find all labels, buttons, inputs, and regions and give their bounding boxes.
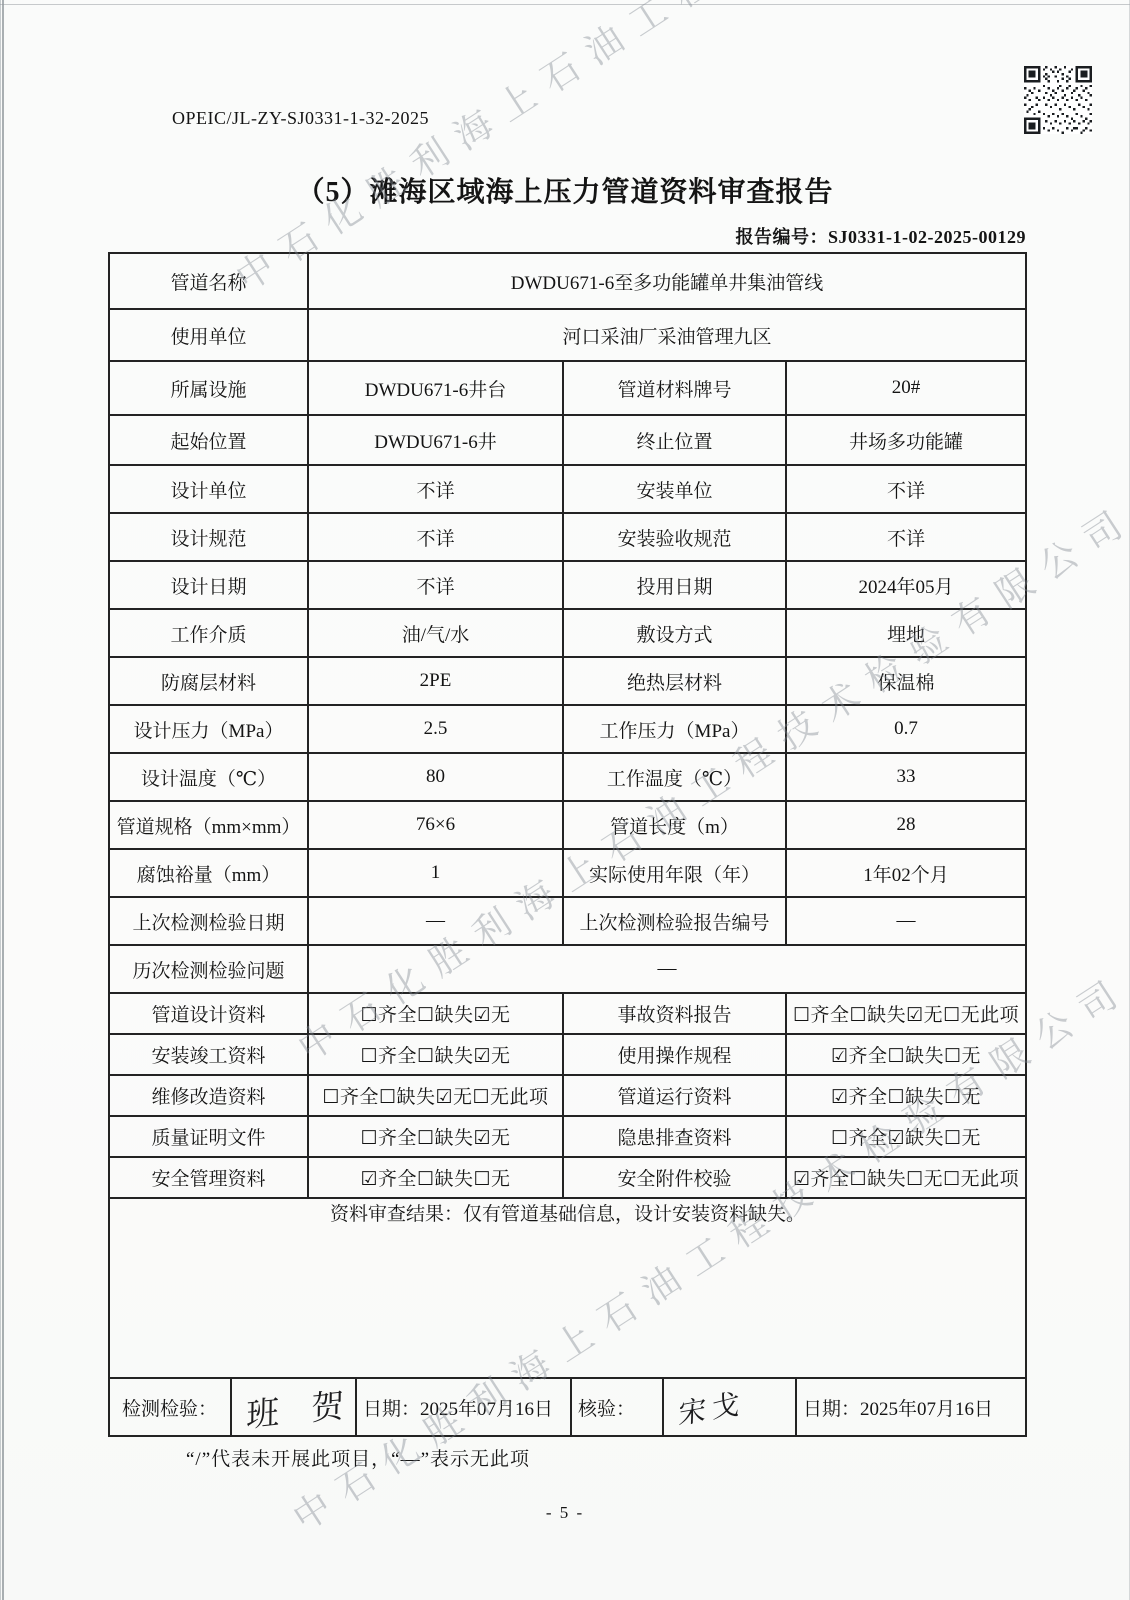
table-row: 起始位置 DWDU671-6井 终止位置 井场多功能罐: [109, 415, 1026, 465]
checkbox-options: ☐齐全☐缺失☑无: [308, 993, 563, 1034]
review-result-row: 资料审查结果：仅有管道基础信息，设计安装资料缺失。: [109, 1198, 1026, 1378]
field-value: —: [308, 945, 1026, 993]
checkbox-options: ☑齐全☐缺失☐无: [786, 1034, 1026, 1075]
table-row: 质量证明文件 ☐齐全☐缺失☑无 隐患排查资料 ☐齐全☑缺失☐无: [109, 1116, 1026, 1157]
field-value: 油/气/水: [308, 609, 563, 657]
checkbox-options: ☐齐全☐缺失☑无☐无此项: [308, 1075, 563, 1116]
table-row: 设计规范 不详 安装验收规范 不详: [109, 513, 1026, 561]
field-value: 0.7: [786, 705, 1026, 753]
field-label: 质量证明文件: [109, 1116, 308, 1157]
table-row: 安全管理资料 ☑齐全☐缺失☐无 安全附件校验 ☑齐全☐缺失☐无☐无此项: [109, 1157, 1026, 1198]
field-label: 工作温度（℃）: [563, 753, 786, 801]
field-label: 管道材料牌号: [563, 361, 786, 415]
field-label: 工作压力（MPa）: [563, 705, 786, 753]
table-row: 设计日期 不详 投用日期 2024年05月: [109, 561, 1026, 609]
field-value: —: [786, 897, 1026, 945]
checkbox-options: ☑齐全☐缺失☐无: [308, 1157, 563, 1198]
field-value: DWDU671-6井台: [308, 361, 563, 415]
field-value: 2.5: [308, 705, 563, 753]
qr-code-icon: [1024, 66, 1092, 134]
review-result-text: 资料审查结果：仅有管道基础信息，设计安装资料缺失。: [109, 1198, 1026, 1378]
field-label: 防腐层材料: [109, 657, 308, 705]
field-label: 使用单位: [109, 309, 308, 361]
scanned-page: 中石化胜利海上石油工程技术检验有限公司，班贺 中石化胜利海上石油工程技术检验有限…: [0, 0, 1130, 1600]
field-label: 设计单位: [109, 465, 308, 513]
inspector-signature: 班 贺: [246, 1379, 356, 1435]
field-value: 不详: [308, 465, 563, 513]
field-value: 1: [308, 849, 563, 897]
field-label: 维修改造资料: [109, 1075, 308, 1116]
field-value: 不详: [308, 561, 563, 609]
field-label: 使用操作规程: [563, 1034, 786, 1075]
table-row: 维修改造资料 ☐齐全☐缺失☑无☐无此项 管道运行资料 ☑齐全☐缺失☐无: [109, 1075, 1026, 1116]
field-value: DWDU671-6井: [308, 415, 563, 465]
field-label: 腐蚀裕量（mm）: [109, 849, 308, 897]
field-value: 20#: [786, 361, 1026, 415]
field-value: 不详: [786, 513, 1026, 561]
scan-edge-top: [0, 4, 1130, 5]
field-label: 历次检测检验问题: [109, 945, 308, 993]
field-value: 28: [786, 801, 1026, 849]
field-value: 不详: [786, 465, 1026, 513]
table-row: 所属设施 DWDU671-6井台 管道材料牌号 20#: [109, 361, 1026, 415]
scan-edge-left-outer: [0, 0, 1, 1600]
table-row: 上次检测检验日期 — 上次检测检验报告编号 —: [109, 897, 1026, 945]
field-value: 33: [786, 753, 1026, 801]
table-row: 安装竣工资料 ☐齐全☐缺失☑无 使用操作规程 ☑齐全☐缺失☐无: [109, 1034, 1026, 1075]
field-label: 上次检测检验报告编号: [563, 897, 786, 945]
field-label: 起始位置: [109, 415, 308, 465]
report-table-zone: 管道名称 DWDU671-6至多功能罐单井集油管线 使用单位 河口采油厂采油管理…: [108, 252, 1025, 1471]
signature-row: 检测检验： 班 贺 日期：2025年07月16日 核验： 宋戈 日期：2025年…: [109, 1378, 1026, 1436]
field-label: 设计温度（℃）: [109, 753, 308, 801]
field-value: 76×6: [308, 801, 563, 849]
field-value: 井场多功能罐: [786, 415, 1026, 465]
field-label: 设计日期: [109, 561, 308, 609]
inspector-date: 日期：2025年07月16日: [356, 1379, 571, 1435]
verifier-date: 日期：2025年07月16日: [796, 1379, 1019, 1435]
table-row: 防腐层材料 2PE 绝热层材料 保温棉: [109, 657, 1026, 705]
scan-edge-left: [2, 0, 4, 1600]
field-label: 设计规范: [109, 513, 308, 561]
verifier-signature: 宋戈: [678, 1381, 746, 1434]
page-number: - 5 -: [0, 1503, 1130, 1523]
pipeline-report-table: 管道名称 DWDU671-6至多功能罐单井集油管线 使用单位 河口采油厂采油管理…: [108, 252, 1027, 1437]
field-label: 敷设方式: [563, 609, 786, 657]
signature-table: 检测检验： 班 贺 日期：2025年07月16日 核验： 宋戈 日期：2025年…: [116, 1379, 1019, 1435]
table-row: 管道设计资料 ☐齐全☐缺失☑无 事故资料报告 ☐齐全☐缺失☑无☐无此项: [109, 993, 1026, 1034]
field-value: 不详: [308, 513, 563, 561]
field-value: 保温棉: [786, 657, 1026, 705]
field-value: DWDU671-6至多功能罐单井集油管线: [308, 253, 1026, 309]
inspector-label: 检测检验：: [116, 1379, 231, 1435]
legend-footnote: “/”代表未开展此项目，“—”表示无此项: [186, 1444, 1025, 1471]
table-row: 使用单位 河口采油厂采油管理九区: [109, 309, 1026, 361]
checkbox-options: ☐齐全☐缺失☑无: [308, 1116, 563, 1157]
verifier-label: 核验：: [571, 1379, 663, 1435]
checkbox-options: ☐齐全☑缺失☐无: [786, 1116, 1026, 1157]
field-label: 绝热层材料: [563, 657, 786, 705]
field-label: 管道名称: [109, 253, 308, 309]
field-label: 隐患排查资料: [563, 1116, 786, 1157]
field-label: 管道规格（mm×mm）: [109, 801, 308, 849]
field-label: 终止位置: [563, 415, 786, 465]
field-label: 安装竣工资料: [109, 1034, 308, 1075]
field-value: 埋地: [786, 609, 1026, 657]
table-row: 历次检测检验问题 —: [109, 945, 1026, 993]
table-row: 工作介质 油/气/水 敷设方式 埋地: [109, 609, 1026, 657]
document-code: OPEIC/JL-ZY-SJ0331-1-32-2025: [172, 108, 429, 129]
checkbox-options: ☐齐全☐缺失☑无: [308, 1034, 563, 1075]
field-value: 2PE: [308, 657, 563, 705]
table-row: 设计温度（℃） 80 工作温度（℃） 33: [109, 753, 1026, 801]
field-value: —: [308, 897, 563, 945]
field-label: 上次检测检验日期: [109, 897, 308, 945]
field-label: 管道长度（m）: [563, 801, 786, 849]
field-label: 管道设计资料: [109, 993, 308, 1034]
field-label: 所属设施: [109, 361, 308, 415]
report-number: 报告编号：SJ0331-1-02-2025-00129: [736, 223, 1027, 249]
table-row: 设计压力（MPa） 2.5 工作压力（MPa） 0.7: [109, 705, 1026, 753]
page-title: （5）滩海区域海上压力管道资料审查报告: [0, 170, 1130, 210]
field-label: 实际使用年限（年）: [563, 849, 786, 897]
field-label: 安装单位: [563, 465, 786, 513]
field-value: 80: [308, 753, 563, 801]
checkbox-options: ☑齐全☐缺失☐无: [786, 1075, 1026, 1116]
field-label: 安装验收规范: [563, 513, 786, 561]
field-value: 2024年05月: [786, 561, 1026, 609]
table-row: 管道规格（mm×mm） 76×6 管道长度（m） 28: [109, 801, 1026, 849]
field-label: 投用日期: [563, 561, 786, 609]
field-label: 工作介质: [109, 609, 308, 657]
field-label: 管道运行资料: [563, 1075, 786, 1116]
field-label: 安全附件校验: [563, 1157, 786, 1198]
field-value: 1年02个月: [786, 849, 1026, 897]
field-value: 河口采油厂采油管理九区: [308, 309, 1026, 361]
checkbox-options: ☐齐全☐缺失☑无☐无此项: [786, 993, 1026, 1034]
table-row: 管道名称 DWDU671-6至多功能罐单井集油管线: [109, 253, 1026, 309]
field-label: 设计压力（MPa）: [109, 705, 308, 753]
checkbox-options: ☑齐全☐缺失☐无☐无此项: [786, 1157, 1026, 1198]
table-row: 设计单位 不详 安装单位 不详: [109, 465, 1026, 513]
field-label: 事故资料报告: [563, 993, 786, 1034]
table-row: 腐蚀裕量（mm） 1 实际使用年限（年） 1年02个月: [109, 849, 1026, 897]
field-label: 安全管理资料: [109, 1157, 308, 1198]
